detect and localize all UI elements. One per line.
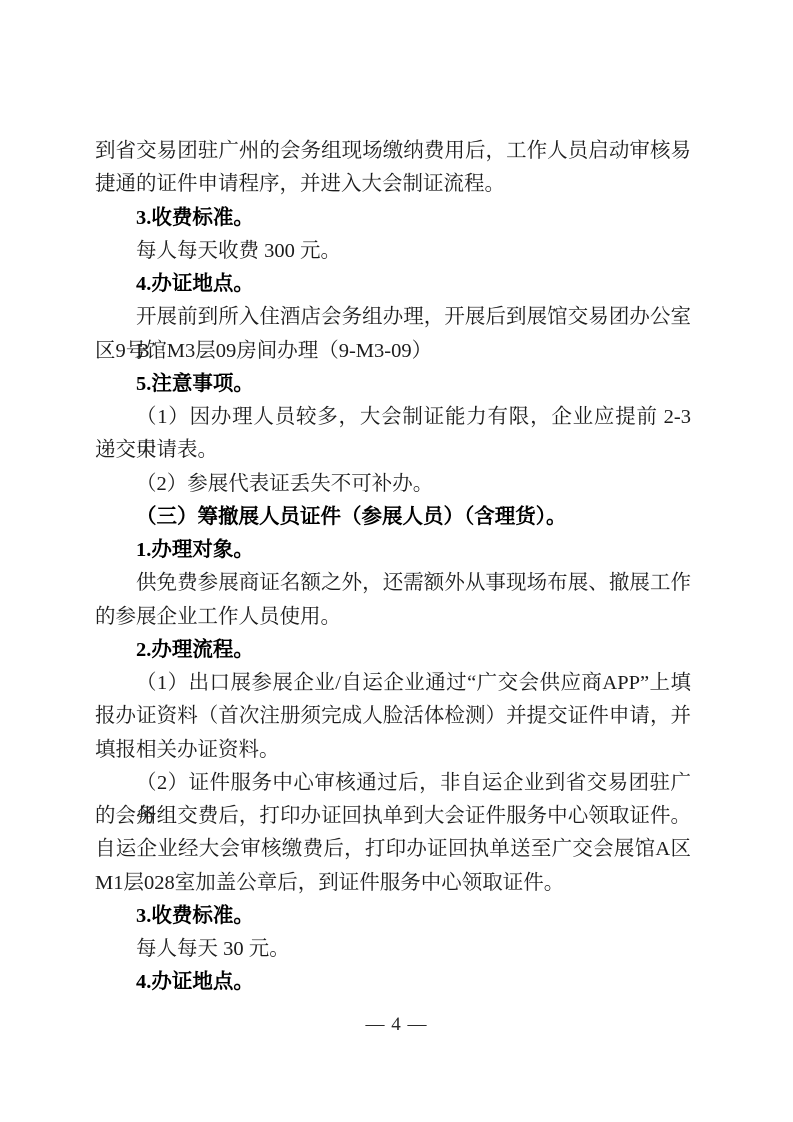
body-text-line: （1）出口展参展企业/自运企业通过“广交会供应商APP”上填 [95,667,691,700]
body-text-line: 每人每天 30 元。 [95,933,691,966]
body-text-line: 到省交易团驻广州的会务组现场缴纳费用后，工作人员启动审核易 [95,135,691,168]
body-text-line: 开展前到所入住酒店会务组办理，开展后到展馆交易团办公室B [95,301,691,334]
document-page: 到省交易团驻广州的会务组现场缴纳费用后，工作人员启动审核易捷通的证件申请程序，并… [0,0,793,1122]
heading-line: 3.收费标准。 [95,900,691,933]
heading-line: 1.办理对象。 [95,534,691,567]
body-text-line: 捷通的证件申请程序，并进入大会制证流程。 [95,168,691,201]
body-text-line: 的会务组交费后，打印办证回执单到大会证件服务中心领取证件。 [95,800,691,833]
body-text-line: （2）证件服务中心审核通过后，非自运企业到省交易团驻广州 [95,767,691,800]
heading-line: 4.办证地点。 [95,966,691,999]
body-text-line: 报办证资料（首次注册须完成人脸活体检测）并提交证件申请，并 [95,700,691,733]
body-text-line: 填报相关办证资料。 [95,734,691,767]
body-text-line: 每人每天收费 300 元。 [95,235,691,268]
body-text-line: 自运企业经大会审核缴费后，打印办证回执单送至广交会展馆A区 [95,833,691,866]
heading-line: 3.收费标准。 [95,202,691,235]
body-text-line: 递交申请表。 [95,434,691,467]
body-text-line: （2）参展代表证丢失不可补办。 [95,468,691,501]
document-body: 到省交易团驻广州的会务组现场缴纳费用后，工作人员启动审核易捷通的证件申请程序，并… [95,135,691,1000]
body-text-line: M1层028室加盖公章后，到证件服务中心领取证件。 [95,867,691,900]
body-text-line: （1）因办理人员较多，大会制证能力有限，企业应提前 2-3 天 [95,401,691,434]
body-text-line: 的参展企业工作人员使用。 [95,601,691,634]
body-text-line: 区9号馆M3层09房间办理（9-M3-09） [95,335,691,368]
body-text-line: 供免费参展商证名额之外，还需额外从事现场布展、撤展工作 [95,567,691,600]
page-number: — 4 — [0,1012,793,1038]
heading-line: 2.办理流程。 [95,634,691,667]
heading-line: 4.办证地点。 [95,268,691,301]
heading-line: （三）筹撤展人员证件（参展人员）（含理货）。 [95,501,691,534]
heading-line: 5.注意事项。 [95,368,691,401]
